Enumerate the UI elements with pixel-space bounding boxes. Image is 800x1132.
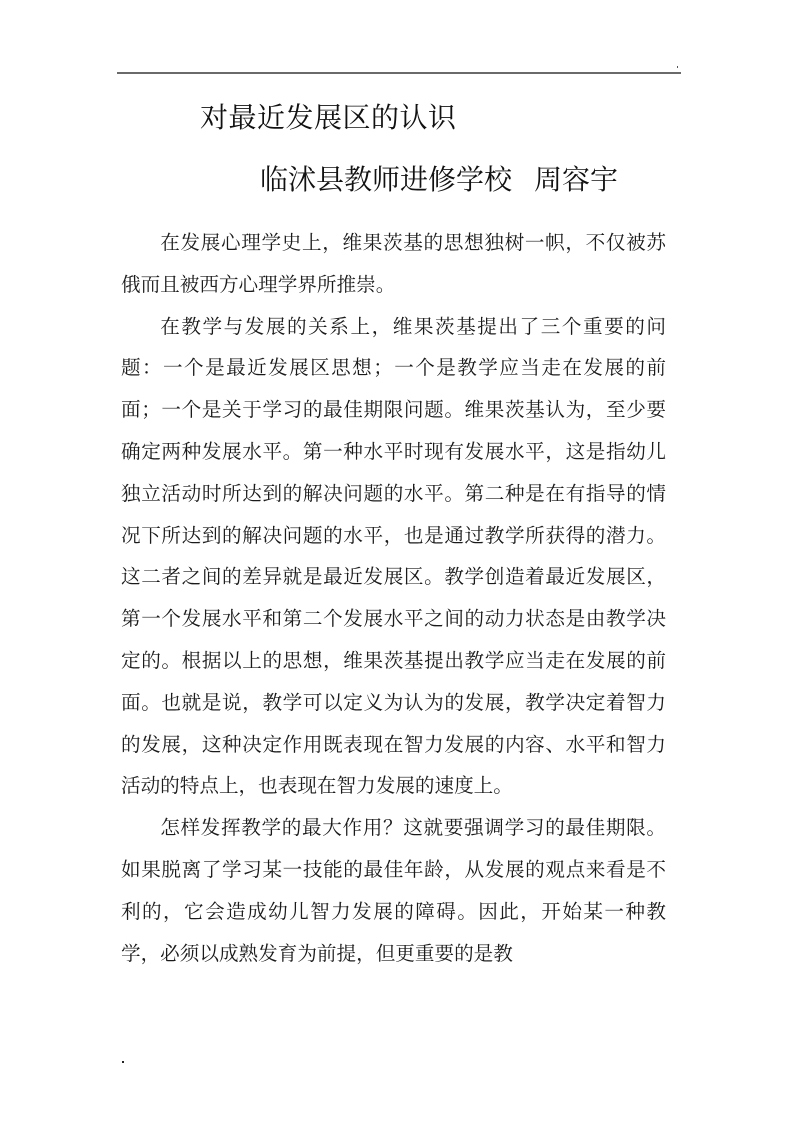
corner-mark-top-right bbox=[677, 66, 678, 68]
paragraph-1: 在发展心理学史上，维果茨基的思想独树一帜，不仅被苏俄而且被西方心理学界所推崇。 bbox=[121, 222, 666, 306]
byline-author: 周容宇 bbox=[534, 163, 618, 196]
corner-mark-bottom-left bbox=[122, 1061, 124, 1063]
paragraph-2: 在教学与发展的关系上，维果茨基提出了三个重要的问题：一个是最近发展区思想；一个是… bbox=[121, 306, 666, 808]
document-title: 对最近发展区的认识 bbox=[200, 98, 457, 138]
byline: 临沭县教师进修学校周容宇 bbox=[260, 160, 618, 200]
document-page: 对最近发展区的认识 临沭县教师进修学校周容宇 在发展心理学史上，维果茨基的思想独… bbox=[0, 0, 800, 1132]
byline-school: 临沭县教师进修学校 bbox=[260, 163, 512, 196]
paragraph-3: 怎样发挥教学的最大作用？这就要强调学习的最佳期限。如果脱离了学习某一技能的最佳年… bbox=[121, 807, 666, 974]
header-rule bbox=[117, 72, 681, 74]
document-body: 在发展心理学史上，维果茨基的思想独树一帜，不仅被苏俄而且被西方心理学界所推崇。 … bbox=[121, 222, 666, 974]
